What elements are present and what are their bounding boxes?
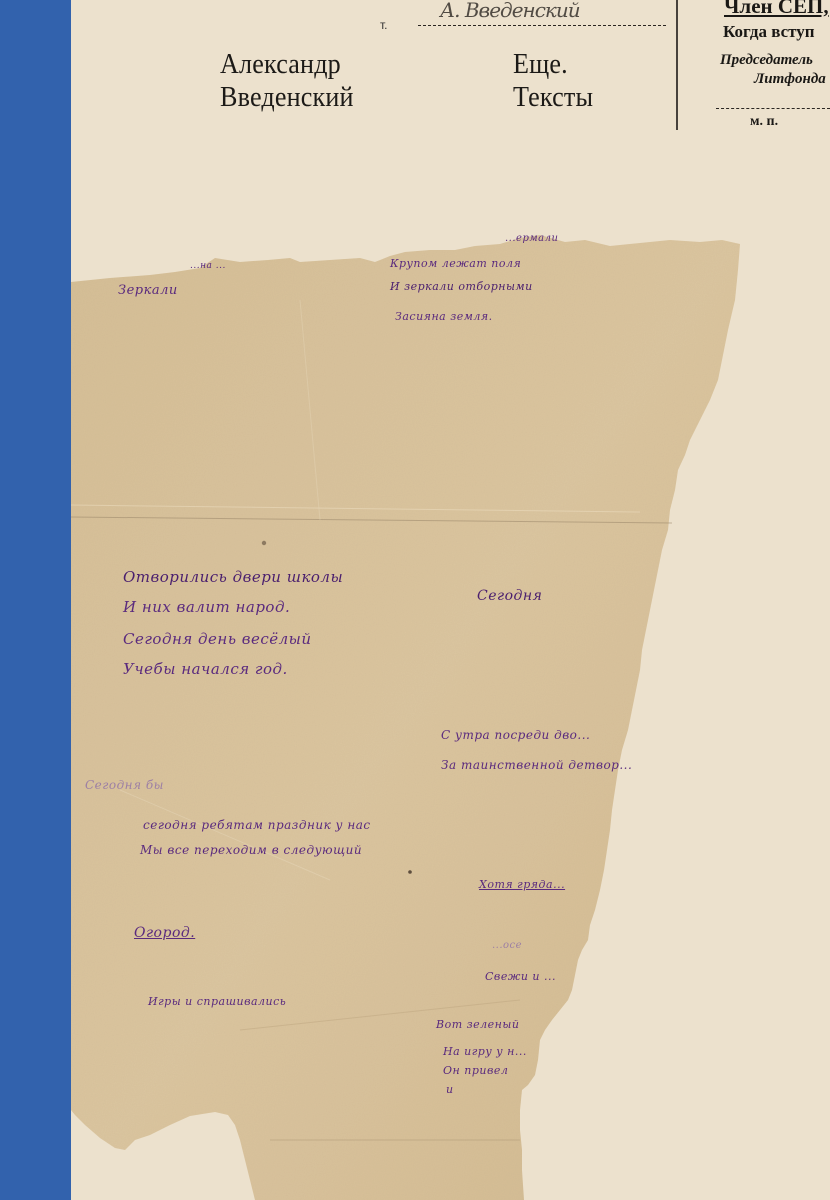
handwriting-right-2: За таинственной детвор... (441, 758, 632, 772)
handwriting-segodnya: Сегодня (477, 588, 542, 604)
book-title-line-2: Тексты (513, 81, 593, 114)
handwriting-top-2: И зеркали отборными (390, 280, 533, 293)
stamp-line-4: Литфонда (754, 71, 826, 88)
archival-stamp: Член СЕП, Когда вступ Председатель Литфо… (676, 0, 830, 135)
handwriting-lower-1: Свежи и ... (485, 970, 556, 983)
author-last-name: Введенский (220, 81, 354, 114)
handwriting-word-zerkali: Зеркали (118, 283, 178, 298)
handwriting-ogorod: Огород. (134, 925, 195, 941)
stamp-line-3: Председатель (720, 52, 813, 69)
handwriting-stanza-3: Сегодня день весёлый (123, 630, 312, 648)
stamp-line-5: м. п. (750, 114, 778, 130)
handwriting-top-3: Засияна земля. (395, 310, 493, 323)
stamp-rule (716, 108, 830, 109)
handwriting-lower-faint: ...осе (492, 940, 522, 951)
signature-line (418, 25, 666, 26)
handwriting-right-underlined: Хотя гряда... (479, 878, 565, 891)
author-first-name: Александр (220, 48, 354, 81)
handwriting-stanza-2: И них валит народ. (123, 598, 290, 616)
signature: А. Введенский (440, 0, 580, 22)
stamp-line-2: Когда вступ (723, 22, 815, 42)
handwriting-right-1: С утра посреди дво... (441, 728, 590, 742)
signature-prefix: т. (380, 18, 388, 32)
stamp-line-1: Член СЕП, (724, 0, 829, 19)
archival-signature: т. А. Введенский (380, 0, 680, 40)
handwriting-torn-top: ...на ... (190, 261, 226, 271)
handwriting-lower-5: и (446, 1083, 454, 1096)
handwriting-stanza-4: Учебы начался год. (123, 660, 288, 678)
book-title: Еще. Тексты (513, 48, 602, 114)
stamp-divider (676, 0, 678, 130)
handwriting-lower-3: На игру у н... (443, 1045, 527, 1058)
handwriting-middle-1: сегодня ребятам праздник у нас (143, 818, 371, 832)
handwriting-faint-heading: Сегодня бы (85, 778, 164, 792)
handwriting-top-0: ...ермали (505, 233, 558, 244)
author-name: Александр Введенский (220, 48, 369, 114)
handwriting-middle-2: Мы все переходим в следующий (140, 843, 362, 857)
handwriting-garden-line: Игры и спрашивались (148, 995, 286, 1008)
handwriting-stanza-1: Отворились двери школы (123, 568, 343, 586)
book-title-line-1: Еще. (513, 48, 593, 81)
handwriting-top-1: Крупом лежат поля (390, 257, 521, 270)
handwriting-lower-2: Вот зеленый (436, 1018, 519, 1031)
handwriting-lower-4: Он привел (443, 1064, 508, 1077)
